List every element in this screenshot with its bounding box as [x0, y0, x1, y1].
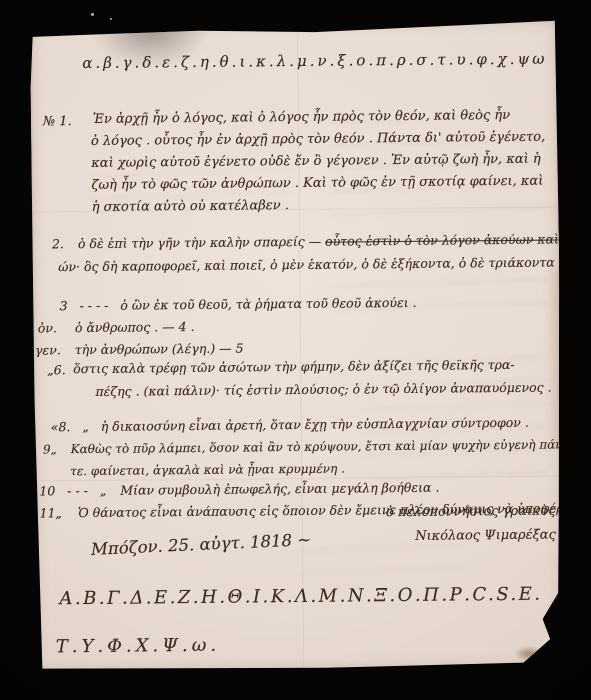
entry-8-quote-mark: „: [82, 419, 89, 434]
signature-block: ὁ πελοποννήσιος γραικὸς Νικόλαος Ψιμαρέξ…: [335, 500, 555, 550]
date-line: Μπόζον. 25. αὐγτ. 1818 ~: [91, 530, 312, 559]
entry-10-number: 10: [39, 483, 55, 498]
entry-8-number: «8.: [51, 419, 71, 434]
nominative-text: ὁ ἄνθρωπος . — 4 .: [75, 319, 195, 335]
dust-speck: [110, 18, 112, 20]
genitive-line: γεν. τὴν ἀνθρώπων (λέγη.) — 5: [35, 341, 244, 358]
entry-10-text: Μίαν συμβουλὴ ἐπωφελής, εἶναι μεγάλη βοή…: [120, 480, 439, 498]
entry-10-dashes: - - -: [67, 483, 88, 498]
genitive-label: γεν.: [35, 342, 61, 357]
entry-1-line: ἡ σκοτία αὐτὸ οὐ κατέλαβεν .: [92, 198, 289, 215]
alphabet-row-uppercase-1: Α.Β.Γ.Δ.Ε.Ζ.Η.Θ.Ι.Κ.Λ.Μ.Ν.Ξ.Ο.Π.Ρ.C.S.Ε.: [59, 584, 542, 610]
nominative-line: ὀν. ὁ ἄνθρωπος . — 4 .: [38, 319, 195, 336]
entry-3-text: ὁ ὢν ἐκ τοῦ θεοῦ, τὰ ῥήματα τοῦ θεοῦ ἀκο…: [120, 295, 416, 313]
entry-9-line: τε. φαίνεται, ἀγκαλὰ καὶ νὰ ᾖναι κρυμμέν…: [70, 462, 345, 479]
signature-title: ὁ πελοποννήσιος γραικὸς: [335, 500, 555, 526]
entry-2-text: ὁ δὲ ἐπὶ τὴν γῆν τὴν καλὴν σπαρείς —: [78, 234, 325, 251]
dust-speck: [91, 13, 94, 16]
entry-2-number: 2.: [52, 236, 64, 251]
entry-3-number: 3: [60, 298, 68, 313]
entry-2-line: 2. ὁ δὲ ἐπὶ τὴν γῆν τὴν καλὴν σπαρείς — …: [52, 231, 591, 251]
alphabet-row-lowercase: α.β.γ.δ.ε.ζ.η.θ.ι.κ.λ.μ.ν.ξ.ο.π.ρ.σ.τ.υ.…: [82, 50, 547, 72]
signature-name: Νικόλαος Ψιμαρέξας: [336, 524, 556, 550]
nominative-label: ὀν.: [38, 320, 57, 335]
corner-stain: [514, 646, 544, 662]
entry-6-number: „6.: [47, 362, 66, 377]
entry-10-line: 10 - - - „ Μίαν συμβουλὴ ἐπωφελής, εἶναι…: [39, 480, 439, 499]
manuscript-paper: α.β.γ.δ.ε.ζ.η.θ.ι.κ.λ.μ.ν.ξ.ο.π.ρ.σ.τ.υ.…: [30, 19, 563, 672]
genitive-text: τὴν ἀνθρώπων (λέγη.) — 5: [75, 341, 244, 358]
entry-10-quote-mark: „: [100, 483, 107, 498]
entry-2-struck-text: οὗτος ἐστὶν ὁ τὸν λόγον ἀκούων καὶ συνι-: [325, 231, 591, 249]
entry-2-line: ών· ὃς δὴ καρποφορεῖ, καὶ ποιεῖ, ὁ μὲν ἑ…: [58, 254, 563, 274]
entry-3-dashes: - - - -: [79, 298, 108, 313]
entry-1-number: № 1.: [43, 114, 72, 129]
photo-background: α.β.γ.δ.ε.ζ.η.θ.ι.κ.λ.μ.ν.ξ.ο.π.ρ.σ.τ.υ.…: [0, 0, 591, 700]
entry-11-number: 11„: [40, 505, 63, 520]
entry-9-number: 9„: [43, 442, 57, 456]
alphabet-row-uppercase-2: Τ.Υ.Φ.Χ.Ψ.ω.: [56, 635, 220, 658]
